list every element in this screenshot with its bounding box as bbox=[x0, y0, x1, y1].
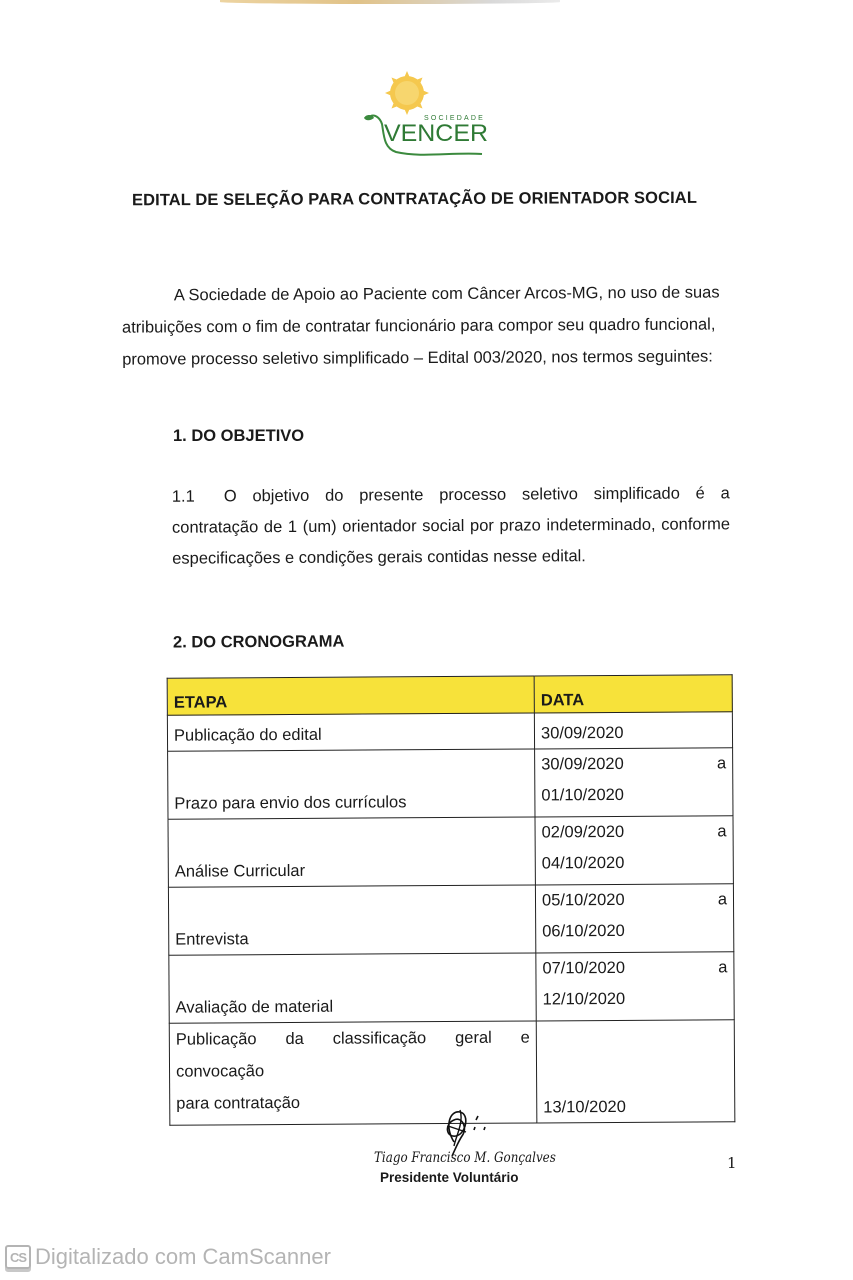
etapa-word: e bbox=[521, 1022, 530, 1054]
document-title: EDITAL DE SELEÇÃO PARA CONTRATAÇÃO DE OR… bbox=[132, 189, 732, 211]
cell-data: 30/09/2020 bbox=[534, 712, 732, 749]
etapa-label: Prazo para envio dos currículos bbox=[174, 793, 406, 812]
date-end: 01/10/2020 bbox=[541, 780, 624, 812]
cell-etapa: Avaliação de material bbox=[169, 953, 536, 1023]
item-text: O objetivo do presente processo seletivo… bbox=[172, 484, 730, 567]
table-row: Prazo para envio dos currículos30/09/202… bbox=[168, 748, 733, 819]
cell-data: 02/09/2020a04/10/2020 bbox=[535, 816, 733, 885]
objective-paragraph: 1.1O objetivo do presente processo selet… bbox=[172, 478, 731, 574]
date-connector: a bbox=[718, 952, 727, 983]
date-start: 30/09/2020 bbox=[541, 749, 624, 781]
column-header-data: DATA bbox=[534, 675, 732, 713]
signatory-role: Presidente Voluntário bbox=[380, 1170, 519, 1185]
cell-data: 05/10/2020a06/10/2020 bbox=[535, 884, 733, 953]
camscanner-watermark: CS Digitalizado com CamScanner bbox=[5, 1244, 331, 1270]
date-start: 07/10/2020 bbox=[542, 953, 625, 985]
etapa-word: Publicação bbox=[176, 1023, 257, 1055]
sun-logo-icon: SOCIEDADE VENCER bbox=[362, 68, 492, 158]
column-header-etapa: ETAPA bbox=[167, 676, 534, 715]
date-end: 06/10/2020 bbox=[542, 916, 625, 948]
cell-data: 13/10/2020 bbox=[536, 1020, 735, 1123]
item-number: 1.1 bbox=[172, 481, 224, 512]
page-top-edge bbox=[220, 0, 560, 4]
watermark-text: Digitalizado com CamScanner bbox=[35, 1244, 331, 1270]
table-row: Avaliação de material07/10/2020a12/10/20… bbox=[169, 952, 734, 1023]
date-connector: a bbox=[717, 748, 726, 779]
cell-etapa: Entrevista bbox=[168, 885, 535, 955]
etapa-label: Publicação do edital bbox=[174, 726, 322, 745]
intro-paragraph: A Sociedade de Apoio ao Paciente com Cân… bbox=[122, 276, 742, 375]
date-end: 12/10/2020 bbox=[543, 984, 626, 1016]
signatory-name: Tiago Francisco M. Gonçalves bbox=[374, 1150, 556, 1166]
table-row: Análise Curricular02/09/2020a04/10/2020 bbox=[168, 816, 733, 887]
date-value: 13/10/2020 bbox=[543, 1097, 728, 1117]
cell-data: 30/09/2020a01/10/2020 bbox=[535, 748, 733, 817]
cell-data: 07/10/2020a12/10/2020 bbox=[536, 952, 734, 1021]
table-row: Entrevista05/10/2020a06/10/2020 bbox=[168, 884, 733, 955]
table-header-row: ETAPA DATA bbox=[167, 675, 732, 715]
signature-scribble-icon bbox=[440, 1106, 500, 1156]
date-value: 30/09/2020 bbox=[541, 724, 624, 743]
section-heading-objetivo: 1. DO OBJETIVO bbox=[173, 427, 304, 446]
date-start: 05/10/2020 bbox=[542, 885, 625, 917]
date-connector: a bbox=[718, 884, 727, 915]
date-connector: a bbox=[717, 816, 726, 847]
etapa-word: da bbox=[285, 1023, 304, 1055]
etapa-word: geral bbox=[455, 1022, 492, 1054]
etapa-line: Publicaçãodaclassificaçãogerale bbox=[176, 1022, 530, 1056]
sociedade-vencer-logo: SOCIEDADE VENCER bbox=[362, 68, 492, 158]
etapa-line: convocação bbox=[176, 1054, 530, 1088]
etapa-label: Entrevista bbox=[175, 930, 248, 948]
svg-text:VENCER: VENCER bbox=[384, 120, 488, 147]
table-row: Publicação do edital30/09/2020 bbox=[167, 712, 732, 751]
etapa-label: Análise Curricular bbox=[175, 862, 305, 881]
date-start: 02/09/2020 bbox=[541, 817, 624, 849]
camscanner-logo-icon: CS bbox=[5, 1245, 31, 1269]
schedule-table: ETAPA DATA Publicação do edital30/09/202… bbox=[167, 674, 736, 1125]
cell-etapa: Publicação do edital bbox=[167, 713, 534, 751]
intro-line: atribuições com o fim de contratar funci… bbox=[122, 308, 742, 343]
intro-line: promove processo seletivo simplificado –… bbox=[122, 340, 742, 375]
etapa-label: Avaliação de material bbox=[176, 998, 334, 1017]
cell-etapa: Análise Curricular bbox=[168, 817, 535, 887]
etapa-word: classificação bbox=[333, 1022, 427, 1055]
page-number: 1 bbox=[727, 1154, 737, 1172]
cell-etapa: Prazo para envio dos currículos bbox=[168, 749, 535, 819]
intro-line: A Sociedade de Apoio ao Paciente com Cân… bbox=[122, 276, 742, 311]
date-end: 04/10/2020 bbox=[542, 848, 625, 880]
section-heading-cronograma: 2. DO CRONOGRAMA bbox=[173, 633, 345, 653]
signature-block: Tiago Francisco M. Gonçalves Presidente … bbox=[370, 1106, 540, 1190]
